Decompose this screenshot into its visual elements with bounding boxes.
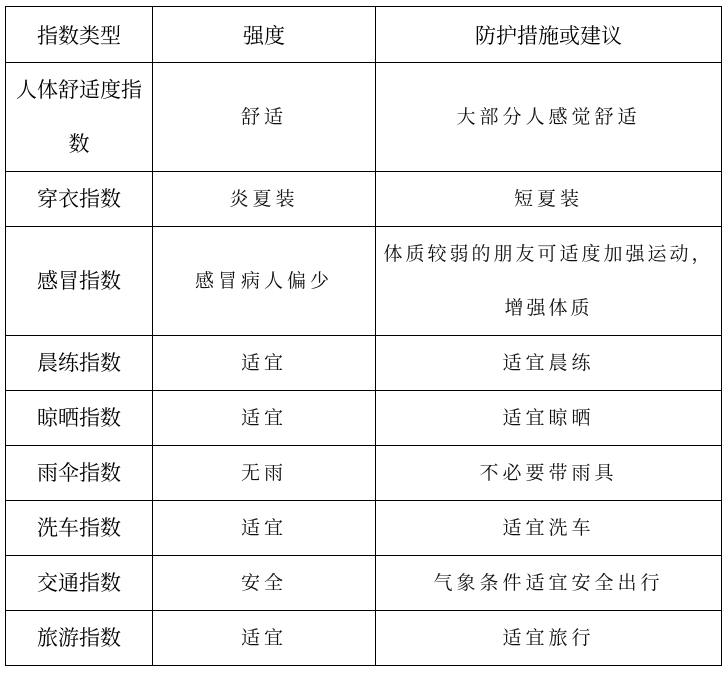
cell-index-type: 晾晒指数: [6, 391, 153, 446]
cell-intensity: 舒适: [153, 63, 376, 172]
cell-index-type: 雨伞指数: [6, 446, 153, 501]
cell-advice: 气象条件适宜安全出行: [376, 556, 722, 611]
cell-advice: 适宜旅行: [376, 611, 722, 666]
cell-advice: 适宜洗车: [376, 501, 722, 556]
cell-index-type: 晨练指数: [6, 336, 153, 391]
cell-advice: 适宜晨练: [376, 336, 722, 391]
table-row: 人体舒适度指数 舒适 大部分人感觉舒适: [6, 63, 722, 172]
cell-intensity: 炎夏装: [153, 172, 376, 227]
table-row: 晾晒指数 适宜 适宜晾晒: [6, 391, 722, 446]
cell-advice: 大部分人感觉舒适: [376, 63, 722, 172]
cell-intensity: 无雨: [153, 446, 376, 501]
table-row: 穿衣指数 炎夏装 短夏装: [6, 172, 722, 227]
table-row: 洗车指数 适宜 适宜洗车: [6, 501, 722, 556]
cell-advice: 适宜晾晒: [376, 391, 722, 446]
cell-advice: 不必要带雨具: [376, 446, 722, 501]
cell-intensity: 感冒病人偏少: [153, 227, 376, 336]
table-row: 感冒指数 感冒病人偏少 体质较弱的朋友可适度加强运动，增强体质: [6, 227, 722, 336]
table-row: 旅游指数 适宜 适宜旅行: [6, 611, 722, 666]
cell-index-type: 穿衣指数: [6, 172, 153, 227]
cell-intensity: 适宜: [153, 501, 376, 556]
cell-index-type: 旅游指数: [6, 611, 153, 666]
cell-intensity: 适宜: [153, 611, 376, 666]
table-header-row: 指数类型 强度 防护措施或建议: [6, 7, 722, 63]
weather-index-table: 指数类型 强度 防护措施或建议 人体舒适度指数 舒适 大部分人感觉舒适 穿衣指数…: [5, 6, 722, 666]
cell-advice: 短夏装: [376, 172, 722, 227]
cell-index-type: 感冒指数: [6, 227, 153, 336]
table-row: 交通指数 安全 气象条件适宜安全出行: [6, 556, 722, 611]
cell-advice: 体质较弱的朋友可适度加强运动，增强体质: [376, 227, 722, 336]
cell-intensity: 适宜: [153, 336, 376, 391]
header-intensity: 强度: [153, 7, 376, 63]
cell-index-type: 交通指数: [6, 556, 153, 611]
header-advice: 防护措施或建议: [376, 7, 722, 63]
cell-index-type: 洗车指数: [6, 501, 153, 556]
header-index-type: 指数类型: [6, 7, 153, 63]
cell-intensity: 适宜: [153, 391, 376, 446]
table-row: 晨练指数 适宜 适宜晨练: [6, 336, 722, 391]
table-row: 雨伞指数 无雨 不必要带雨具: [6, 446, 722, 501]
cell-intensity: 安全: [153, 556, 376, 611]
cell-index-type: 人体舒适度指数: [6, 63, 153, 172]
